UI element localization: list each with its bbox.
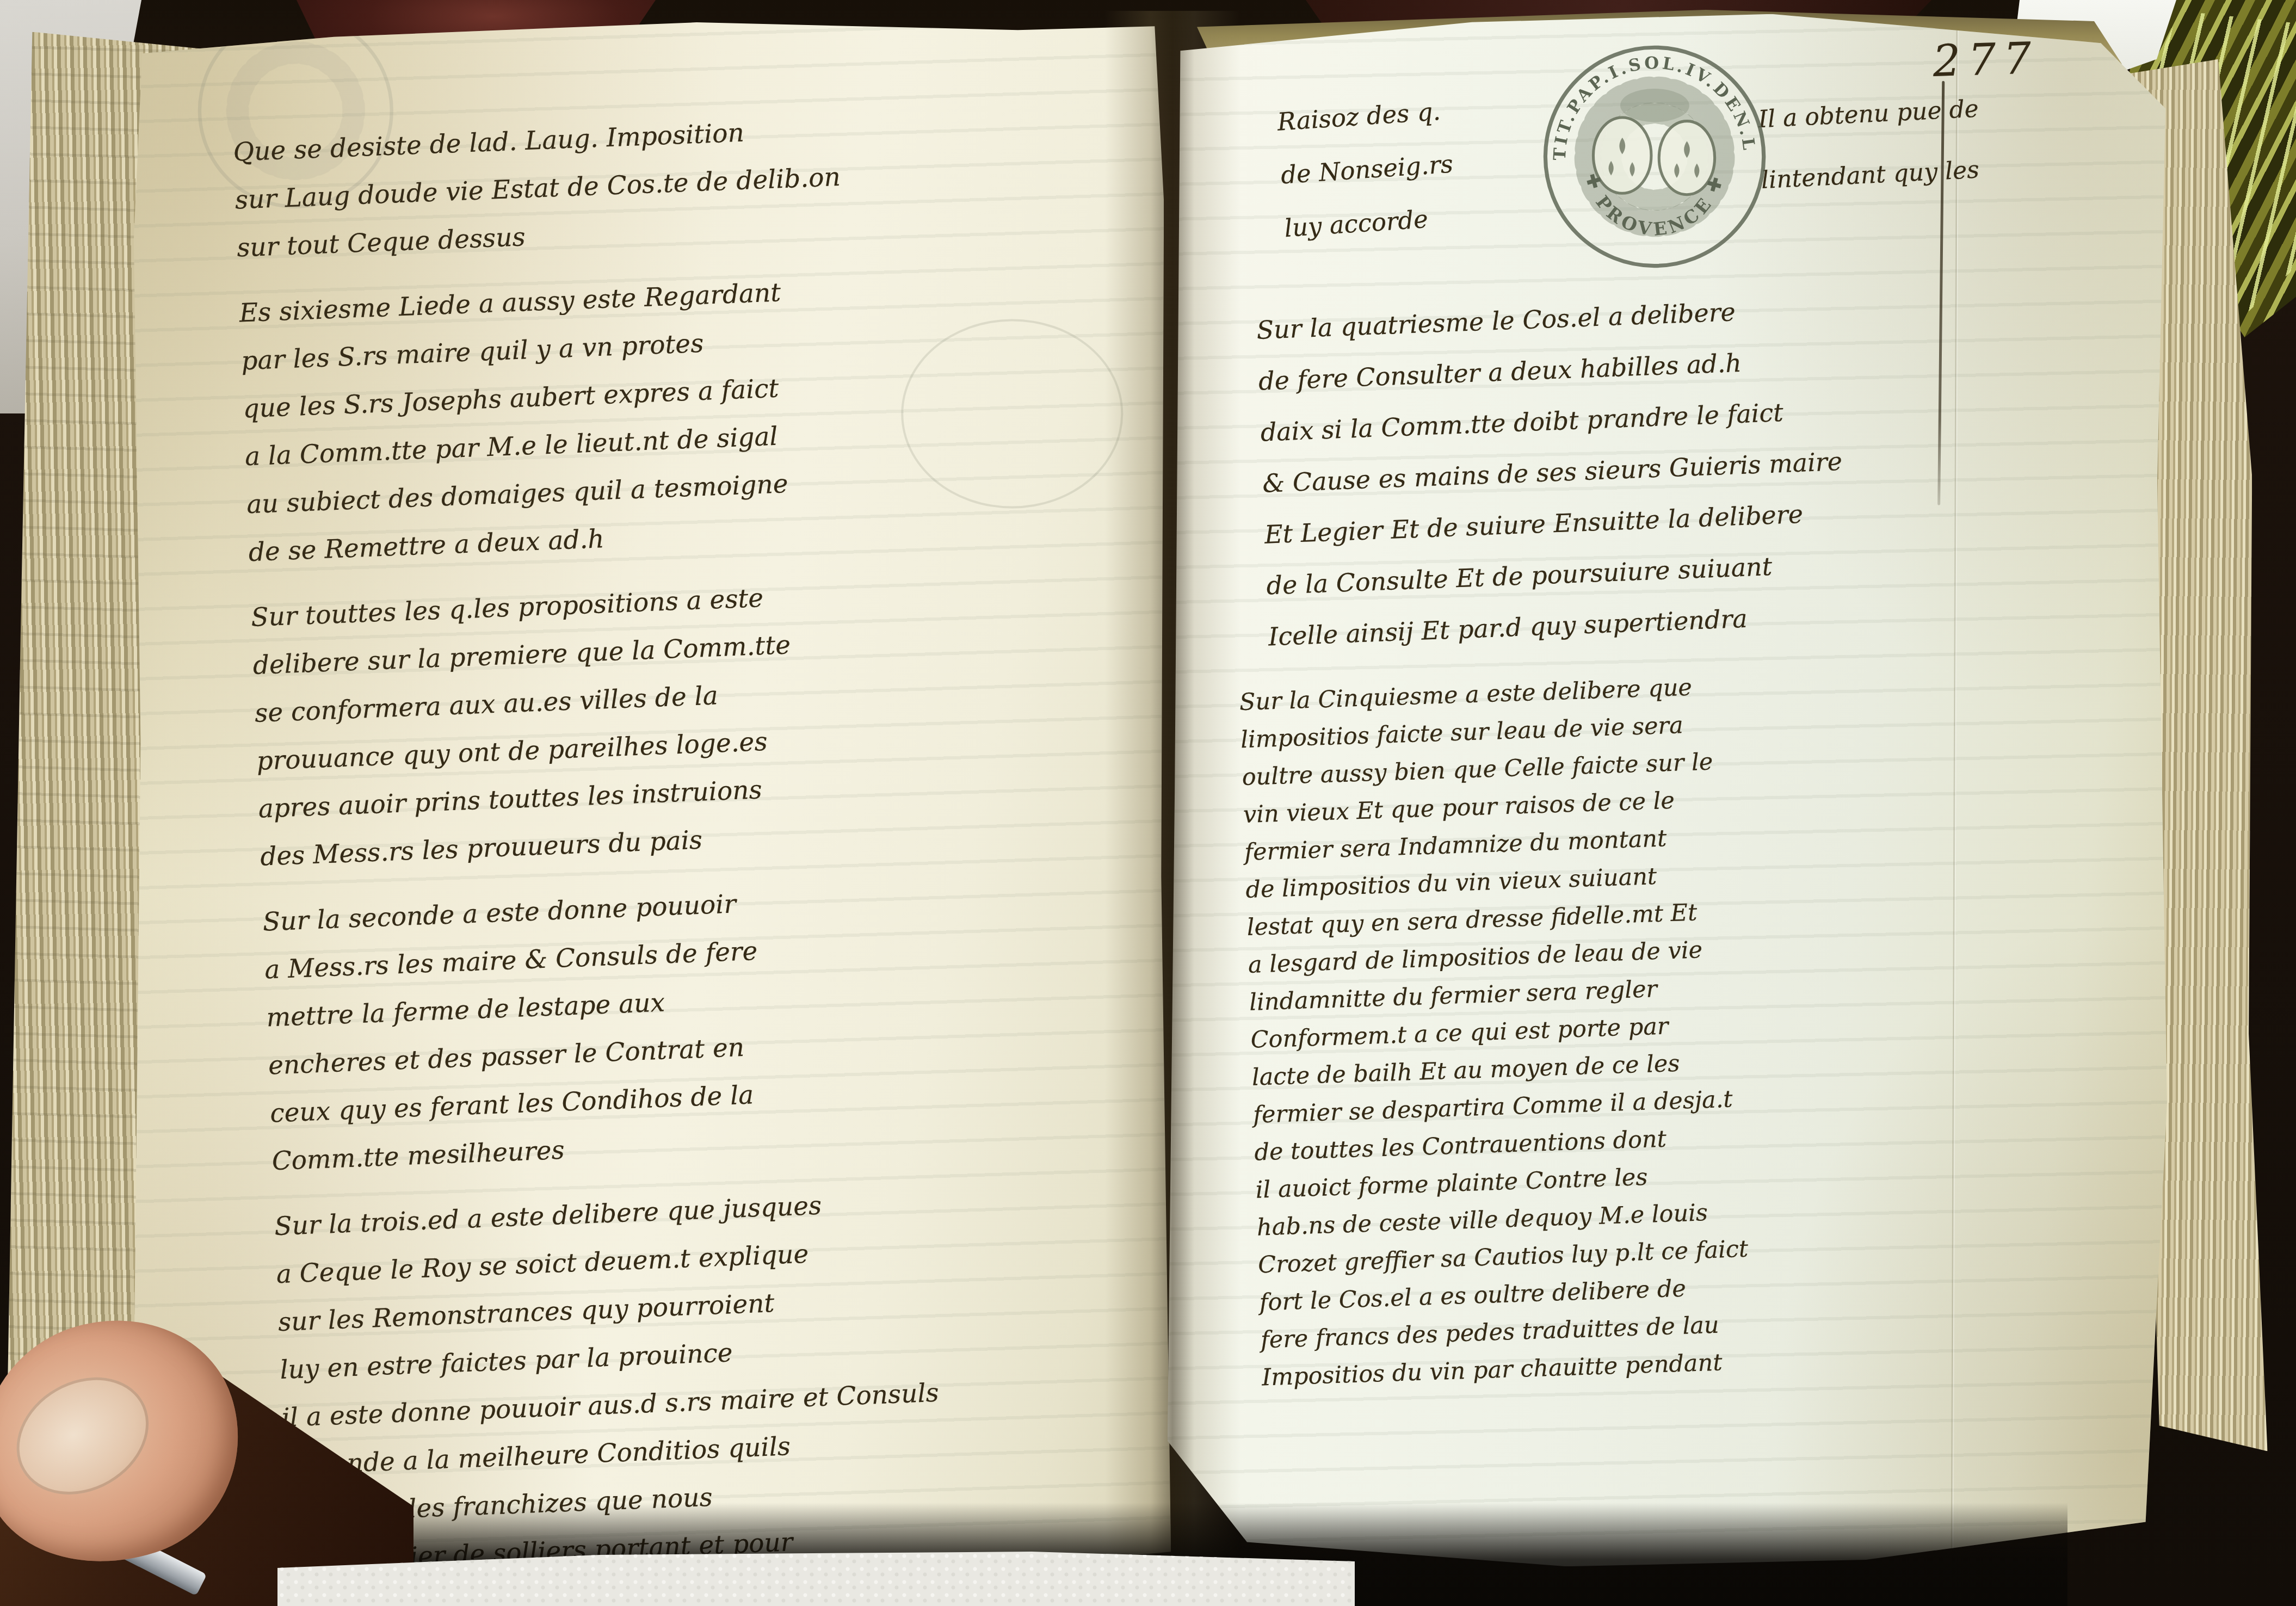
manuscript-line: lintendant quy les (1760, 139, 1983, 211)
page-crease (1951, 15, 1959, 1568)
ring-ghost (900, 318, 1124, 509)
fingernail (0, 1354, 170, 1518)
paragraph: Sur touttes les q.les propositions a est… (250, 569, 918, 881)
paragraph: Es sixiesme Liede a aussy este Regardant… (238, 264, 906, 577)
left-page-text: Que se desiste de lad. Laug. Imposition … (232, 103, 946, 1603)
margin-note-left: Raisoz des q. de Nonseig.rs luy accorde (1276, 84, 1459, 255)
page-number: 277 (1932, 33, 2040, 87)
right-page-paragraph-5: Sur la Cinquiesme a este delibere que li… (1239, 668, 1752, 1397)
left-page: Que se desiste de lad. Laug. Imposition … (126, 14, 1171, 1589)
paragraph: Sur la seconde a este donne pouuoir a Me… (262, 873, 930, 1185)
manuscript-line: Il a obtenu pue de (1757, 79, 1980, 151)
paragraph: Que se desiste de lad. Laug. Imposition … (232, 103, 895, 272)
right-page-paragraph-4: Sur la quatriesme le Cos.el a delibere d… (1256, 282, 1849, 662)
manuscript-photo: Que se desiste de lad. Laug. Imposition … (0, 0, 2296, 1606)
right-page: Raisoz des q. de Nonseig.rs luy accorde … (1167, 12, 2171, 1568)
manuscript-line: de Nonseig.rs (1279, 138, 1455, 202)
manuscript-line: luy accorde (1283, 190, 1459, 255)
tax-stamp: PETIT.PAP.I.SOL.IV.DEN.LA.F ✚ PROVENCE ✚ (1537, 39, 1772, 274)
stamp-crown (1620, 89, 1689, 122)
margin-note-right: Il a obtenu pue de lintendant quy les (1757, 79, 1983, 212)
